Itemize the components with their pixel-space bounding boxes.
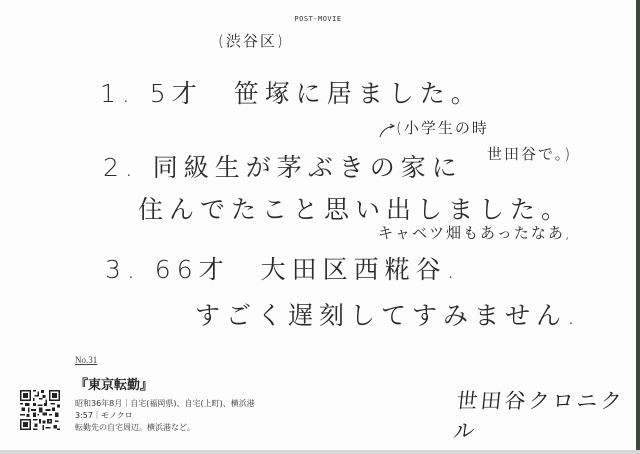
film-number: No.31	[75, 355, 255, 365]
line4-annotation: キャベツ畑もあったなあ,	[378, 222, 572, 243]
handwritten-line-4: 3. 66才 大田区西糀谷.	[105, 250, 461, 286]
handwritten-line-1: 1. 5才 笹塚に居ました。	[100, 74, 482, 110]
film-title: 『東京転勤』	[75, 374, 255, 393]
handwritten-line-3: 住んでたこと思い出しました。	[138, 190, 572, 226]
postcard: POST-MOVIE (渋谷区) 1. 5才 笹塚に居ました。 (小学生の時 世…	[0, 0, 636, 450]
scan-edge-right	[636, 0, 640, 454]
qr-code-icon	[20, 390, 60, 430]
film-description: 転勤先の自宅周辺。横浜港など。	[75, 422, 255, 434]
post-movie-label: POST-MOVIE	[0, 15, 636, 23]
brand-title-jp: 世田谷クロニクル	[452, 385, 639, 445]
line2-annotation-a: (小学生の時	[396, 117, 489, 138]
film-duration: 3:57｜モノクロ	[75, 410, 255, 422]
film-info: No.31 『東京転勤』 昭和36年8月｜自宅(福岡県)、自宅(上町)、横浜港 …	[75, 355, 255, 434]
handwritten-line-5: すごく遅刻してすみません.	[195, 296, 581, 332]
line2-annotation-b: 世田谷で。)	[487, 143, 572, 164]
film-date-locations: 昭和36年8月｜自宅(福岡県)、自宅(上町)、横浜港	[75, 398, 255, 410]
brand-logo: 世田谷クロニクル Setagaya Chronicle 1936-83	[455, 385, 636, 454]
handwritten-line-2: 2. 同級生が茅ぶきの家に	[103, 148, 463, 184]
scan-edge-bottom	[0, 450, 640, 454]
annotation-arrow-icon	[378, 124, 396, 138]
line1-annotation: (渋谷区)	[218, 30, 285, 51]
